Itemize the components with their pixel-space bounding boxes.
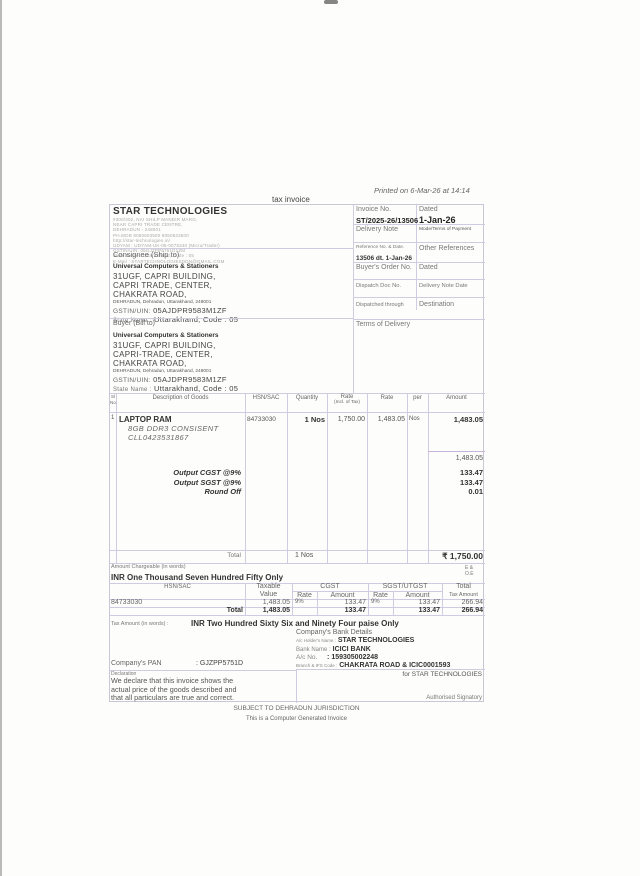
signatory-for: for STAR TECHNOLOGIES — [300, 671, 482, 678]
col-rate: Rate — [367, 395, 407, 401]
reference-value: 13506 dt. 1-Jan-26 — [356, 255, 412, 262]
bank-branch: Branch & IFS Code : CHAKRATA ROAD & ICIC… — [296, 662, 450, 669]
bank-account: A/c No. : 159305002248 — [296, 654, 378, 661]
delivery-note-date-label: Delivery Note Date — [419, 283, 468, 289]
total-quantity: 1 Nos — [295, 552, 313, 559]
other-references-label: Other References — [419, 245, 474, 252]
tax-label-cgst: Output CGST @9% — [116, 468, 241, 477]
col-rate-incl: Rate (Incl. of Tax) — [327, 394, 367, 405]
reference-label: Reference No. & Date. — [356, 245, 404, 250]
ts-col-sgst: SGST/UTGST — [368, 583, 442, 590]
declaration-text: We declare that this invoice shows the a… — [111, 677, 236, 703]
ts-col-taxable: Taxable Value — [245, 583, 292, 599]
pan-label: Company's PAN — [111, 660, 162, 667]
col-description: Description of Goods — [116, 395, 245, 401]
delivery-note-label: Delivery Note — [356, 226, 398, 233]
ts-col-hsn: HSN/SAC — [110, 584, 245, 590]
destination-label: Destination — [419, 301, 454, 308]
dispatched-through-label: Dispatched through — [356, 302, 404, 308]
invoice-no-label: Invoice No. — [356, 206, 391, 213]
ts-col-total: Total Tax Amount — [442, 583, 485, 599]
printed-on: Printed on 6-Mar-26 at 14:14 — [374, 186, 470, 195]
col-amount: Amount — [428, 395, 485, 401]
buyer-label: Buyer (Bill to) — [113, 320, 155, 327]
buyers-order-label: Buyer's Order No. — [356, 264, 412, 271]
buyer-gstin: 05AJDPR9583M1ZF — [153, 375, 227, 384]
invoice-box: STAR TECHNOLOGIES #300/302, NAI SHILP MA… — [109, 204, 484, 702]
consignee-gstin: 05AJDPR9583M1ZF — [153, 306, 227, 315]
dated-label: Dated — [419, 206, 438, 213]
tax-words-label: Tax Amount (in words) : — [111, 621, 168, 627]
terms-of-delivery-label: Terms of Delivery — [356, 321, 410, 328]
col-hsn: HSN/SAC — [245, 395, 287, 401]
amount-in-words: INR One Thousand Seven Hundred Fifty Onl… — [111, 573, 283, 582]
mode-terms-label: Mode/Terms of Payment — [419, 227, 471, 232]
col-per: per — [407, 395, 428, 401]
tax-amount-sgst: 133.47 — [428, 478, 483, 487]
tax-label-sgst: Output SGST @9% — [116, 478, 241, 487]
ts-col-cgst: CGST — [292, 583, 368, 590]
seller-name: STAR TECHNOLOGIES — [113, 206, 227, 217]
tax-amount-roundoff: 0.01 — [428, 487, 483, 496]
tax-label-roundoff: Round Off — [116, 487, 241, 496]
bank-title: Company's Bank Details — [296, 629, 372, 636]
buyers-order-dated-label: Dated — [419, 264, 438, 271]
total-amount: ₹ 1,750.00 — [428, 551, 483, 562]
consignee-label: Consignee (Ship to) — [113, 250, 179, 259]
scan-smudge — [324, 0, 338, 4]
subtotal: 1,483.05 — [428, 455, 483, 462]
authorised-signatory: Authorised Signatory — [300, 695, 482, 701]
bank-name: Bank Name : ICICI BANK — [296, 646, 371, 653]
col-quantity: Quantity — [287, 395, 327, 401]
scan-edge — [0, 0, 2, 876]
eoe: E & O.E — [465, 565, 483, 577]
jurisdiction: SUBJECT TO DEHRADUN JURISDICTION — [109, 705, 484, 712]
consignee-block: Universal Computers & Stationers 31UGF, … — [113, 263, 351, 324]
amount-words-label: Amount Chargeable (in words) — [111, 564, 186, 570]
tax-amount-cgst: 133.47 — [428, 468, 483, 477]
computer-generated-note: This is a Computer Generated Invoice — [109, 716, 484, 722]
dispatch-doc-label: Dispatch Doc No. — [356, 283, 401, 289]
buyer-block: Universal Computers & Stationers 31UGF, … — [113, 332, 351, 393]
item-name: LAPTOP RAM — [119, 415, 243, 424]
consignee-name: Universal Computers & Stationers — [113, 263, 351, 270]
pan-value: : GJZPP5751D — [196, 660, 243, 667]
bank-holder: A/c Holder's Name : STAR TECHNOLOGIES — [296, 637, 414, 644]
total-label: Total — [116, 552, 241, 559]
document-title: tax invoice — [272, 195, 310, 204]
buyer-name: Universal Computers & Stationers — [113, 332, 351, 339]
tax-in-words: INR Two Hundred Sixty Six and Ninety Fou… — [191, 619, 399, 628]
